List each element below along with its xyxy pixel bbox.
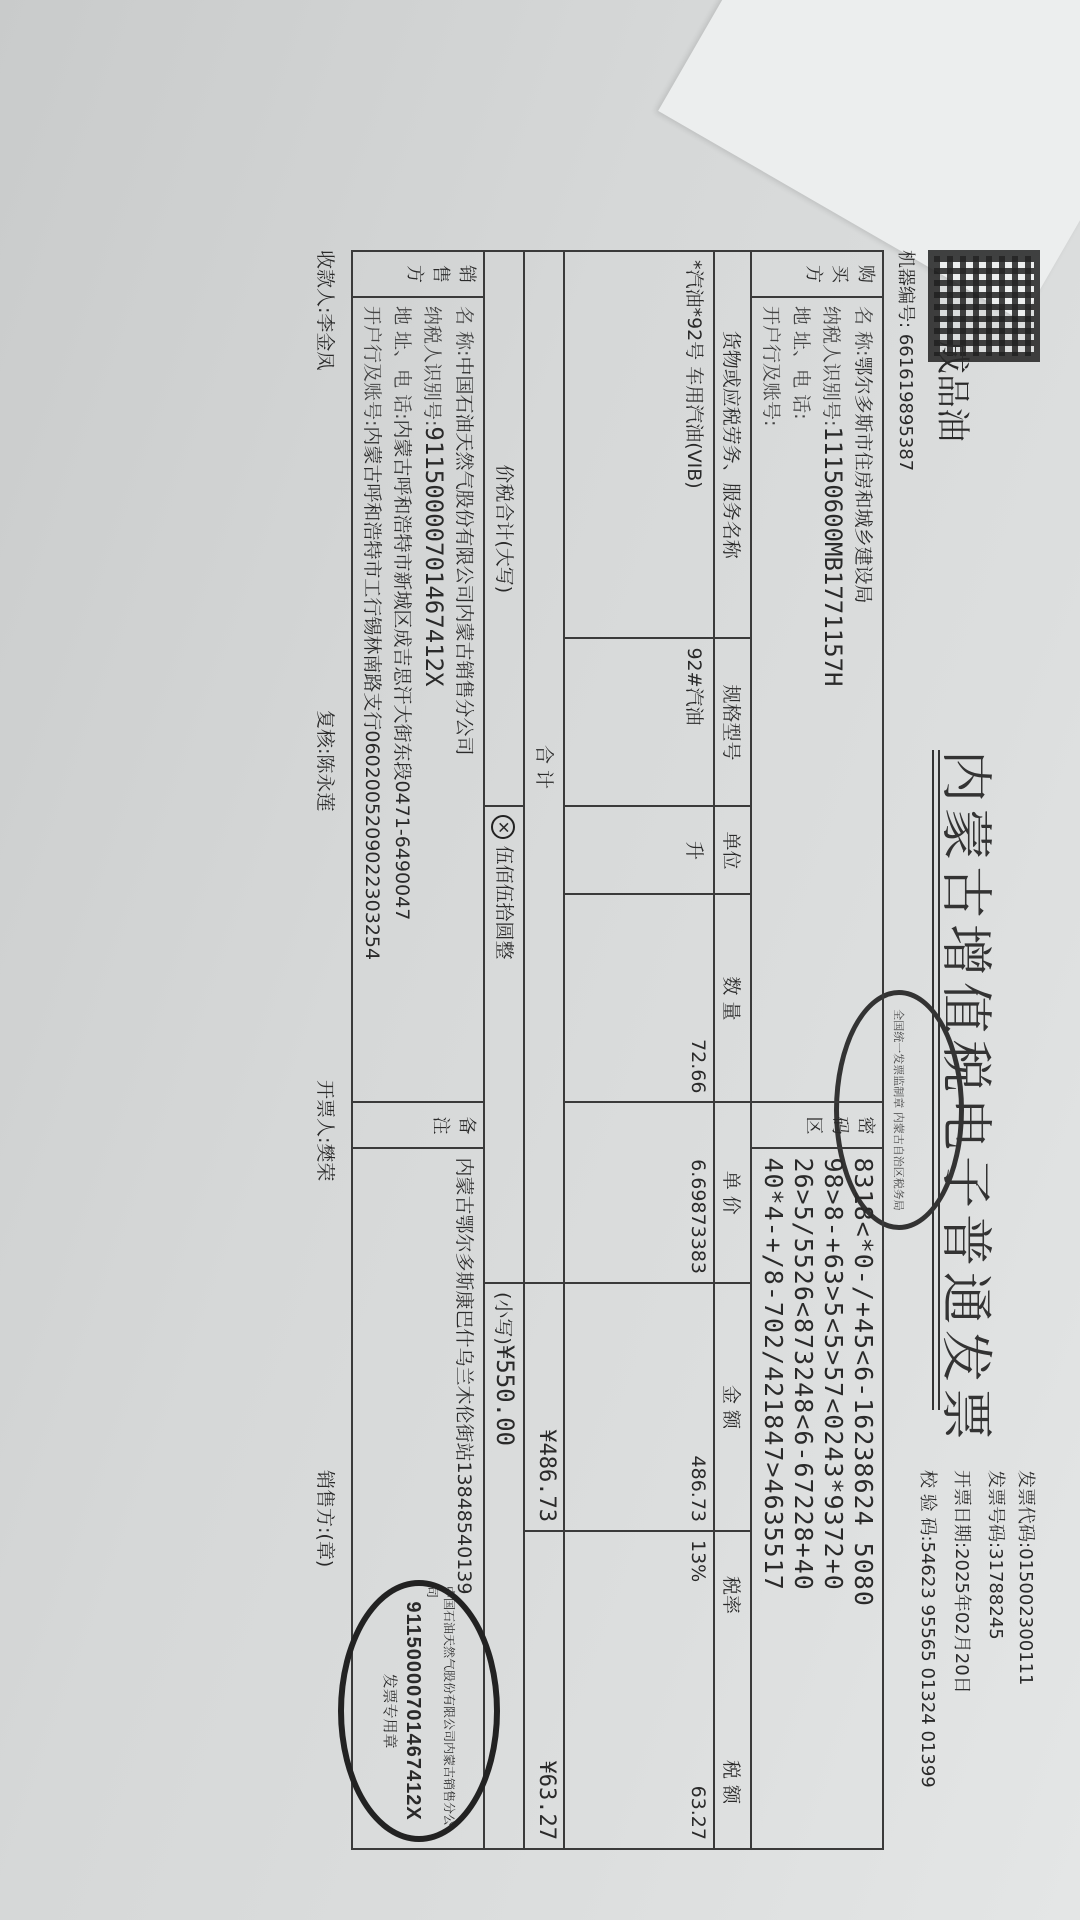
check-code-value: 54623 95565 01324 01399 <box>917 1542 938 1788</box>
drawer-label: 开票人: <box>314 1080 336 1143</box>
seller-address: 内蒙古呼和浩特市新城区成吉思汗大街东段0471-6490047 <box>391 419 413 920</box>
issue-date-value: 2025年02月20日 <box>951 1548 972 1694</box>
col-header-unit: 单位 <box>714 806 751 894</box>
stamp-ring-text: 中国石油天然气股份有限公司内蒙古销售分公司 <box>424 1586 458 1836</box>
invoice-number-label: 发票号码: <box>985 1470 1006 1548</box>
seller-side-label: 销售方 <box>352 251 484 297</box>
vat-invoice: 机器编号: 661619895387 成品油 内蒙古增值税电子普通发票 全国统一… <box>300 230 1060 1870</box>
invoice-code-label: 发票代码: <box>1015 1470 1036 1548</box>
seller-name: 中国石油天然气股份有限公司内蒙古销售分公司 <box>453 356 475 755</box>
col-header-rate-tax: 税率 税 额 <box>714 1531 751 1849</box>
check-code: 校 验 码:54623 95565 01324 01399 <box>916 1470 942 1788</box>
stamp-bottom-text: 发票专用章 <box>380 1673 401 1748</box>
machine-number-label: 机器编号: <box>895 250 916 328</box>
issue-date-label: 开票日期: <box>951 1470 972 1548</box>
invoice-code-value: 015002300111 <box>1015 1548 1036 1685</box>
seller-invoice-stamp: 中国石油天然气股份有限公司内蒙古销售分公司 91150000701467412X… <box>338 1580 500 1842</box>
buyer-name: 鄂尔多斯市住房和城乡建设局 <box>852 356 874 603</box>
invoice-kind: 成品油 <box>931 340 980 442</box>
buyer-row: 购买方 名 称:鄂尔多斯市住房和城乡建设局 纳税人识别号:11150600MB1… <box>751 251 883 1849</box>
item-name: *汽油*92号 车用汽油(VIB) <box>564 251 714 638</box>
reviewer-label: 复核: <box>314 710 336 754</box>
buyer-tin: 11150600MB1771157H <box>819 426 847 686</box>
cipher-line: 40*4-+/8-702/421847>4635517 <box>758 1157 788 1840</box>
buyer-side-label: 购买方 <box>751 251 883 297</box>
col-header-tax: 税 额 <box>720 1760 742 1804</box>
grand-total-small-value: ¥550.00 <box>491 1345 519 1446</box>
drawer-value: 樊荣 <box>314 1143 336 1181</box>
reviewer-value: 陈永莲 <box>314 754 336 811</box>
buyer-address-label: 地 址、电 话: <box>790 306 812 419</box>
grand-total-small-label: (小写) <box>492 1292 514 1345</box>
machine-number: 机器编号: 661619895387 <box>894 250 920 471</box>
seller-seal-label: 销售方:(章) <box>313 1470 340 1567</box>
item-qty: 72.66 <box>564 894 714 1102</box>
items-header-row: 货物或应税劳务、服务名称 规格型号 单位 数 量 单 价 金 额 税率 税 额 <box>714 251 751 1849</box>
machine-number-value: 661619895387 <box>895 334 916 471</box>
grand-total-row: 价税合计(大写) ✕伍佰伍拾圆整 (小写)¥550.00 <box>484 251 524 1849</box>
total-tax: ¥63.27 <box>524 1531 564 1849</box>
item-spec: 92#汽油 <box>564 638 714 806</box>
payee: 收款人:李金凤 <box>313 250 340 370</box>
col-header-amount: 金 额 <box>714 1283 751 1531</box>
item-row: *汽油*92号 车用汽油(VIB) 92#汽油 升 72.66 6.698733… <box>564 251 714 1849</box>
cipher-line: 98>8-+63>5<5>57<0243*9372+0 <box>818 1157 848 1840</box>
seller-tin: 91150000701467412X <box>420 426 448 686</box>
buyer-bank-label: 开户行及账号: <box>760 306 782 426</box>
cipher-side-label: 密码区 <box>751 1102 883 1148</box>
cipher-area: 8318<*0-/+45<6-16238624 5080 98>8-+63>5<… <box>751 1148 883 1849</box>
remark-side-label: 备注 <box>352 1102 484 1148</box>
item-price: 6.69873383 <box>564 1102 714 1283</box>
reviewer: 复核:陈永莲 <box>313 710 340 811</box>
invoice-number: 发票号码:31788245 <box>984 1470 1010 1640</box>
col-header-qty: 数 量 <box>714 894 751 1102</box>
item-rate: 13% <box>687 1540 709 1582</box>
item-rate-tax: 13% 63.27 <box>564 1531 714 1849</box>
cipher-line: 8318<*0-/+45<6-16238624 5080 <box>848 1157 878 1840</box>
invoice-number-value: 31788245 <box>985 1548 1006 1640</box>
col-header-price: 单 价 <box>714 1102 751 1283</box>
seller-tin-label: 纳税人识别号: <box>421 306 443 426</box>
total-label: 合 计 <box>524 251 564 1283</box>
seller-address-label: 地 址、电 话: <box>391 306 413 419</box>
total-row: 合 计 ¥486.73 ¥63.27 <box>524 251 564 1849</box>
check-code-label: 校 验 码: <box>917 1470 938 1542</box>
buyer-name-label: 名 称: <box>852 306 874 356</box>
payee-label: 收款人: <box>314 250 336 313</box>
buyer-tin-label: 纳税人识别号: <box>820 306 842 426</box>
seller-name-label: 名 称: <box>453 306 475 356</box>
item-tax: 63.27 <box>687 1786 709 1840</box>
seller-bank-label: 开户行及账号: <box>361 306 383 426</box>
drawer: 开票人:樊荣 <box>313 1080 340 1181</box>
total-amount: ¥486.73 <box>524 1283 564 1531</box>
seller-bank: 内蒙古呼和浩特市工行锡林南路支行0602005209022303254 <box>361 426 383 960</box>
invoice-code: 发票代码:015002300111 <box>1014 1470 1040 1686</box>
stamp-tin: 91150000701467412X <box>401 1601 424 1820</box>
seller-info: 名 称:中国石油天然气股份有限公司内蒙古销售分公司 纳税人识别号:9115000… <box>352 297 484 1102</box>
tax-stamp-text: 全国统一发票监制章 内蒙古自治区税务局 <box>891 1009 907 1211</box>
issue-date: 开票日期:2025年02月20日 <box>950 1470 976 1694</box>
grand-total-words: ✕伍佰伍拾圆整 <box>484 806 524 1283</box>
item-unit: 升 <box>564 806 714 894</box>
buyer-info: 名 称:鄂尔多斯市住房和城乡建设局 纳税人识别号:11150600MB17711… <box>751 297 883 1102</box>
col-header-spec: 规格型号 <box>714 638 751 806</box>
col-header-name: 货物或应税劳务、服务名称 <box>714 251 751 638</box>
payee-value: 李金凤 <box>314 313 336 370</box>
grand-total-words-value: 伍佰伍拾圆整 <box>493 845 515 959</box>
col-header-rate: 税率 <box>720 1576 742 1614</box>
item-amount: 486.73 <box>564 1283 714 1531</box>
circled-x-icon: ✕ <box>491 815 515 839</box>
grand-total-label: 价税合计(大写) <box>484 251 524 806</box>
cipher-line: 26>5/5526<873248<6-67228+40 <box>788 1157 818 1840</box>
